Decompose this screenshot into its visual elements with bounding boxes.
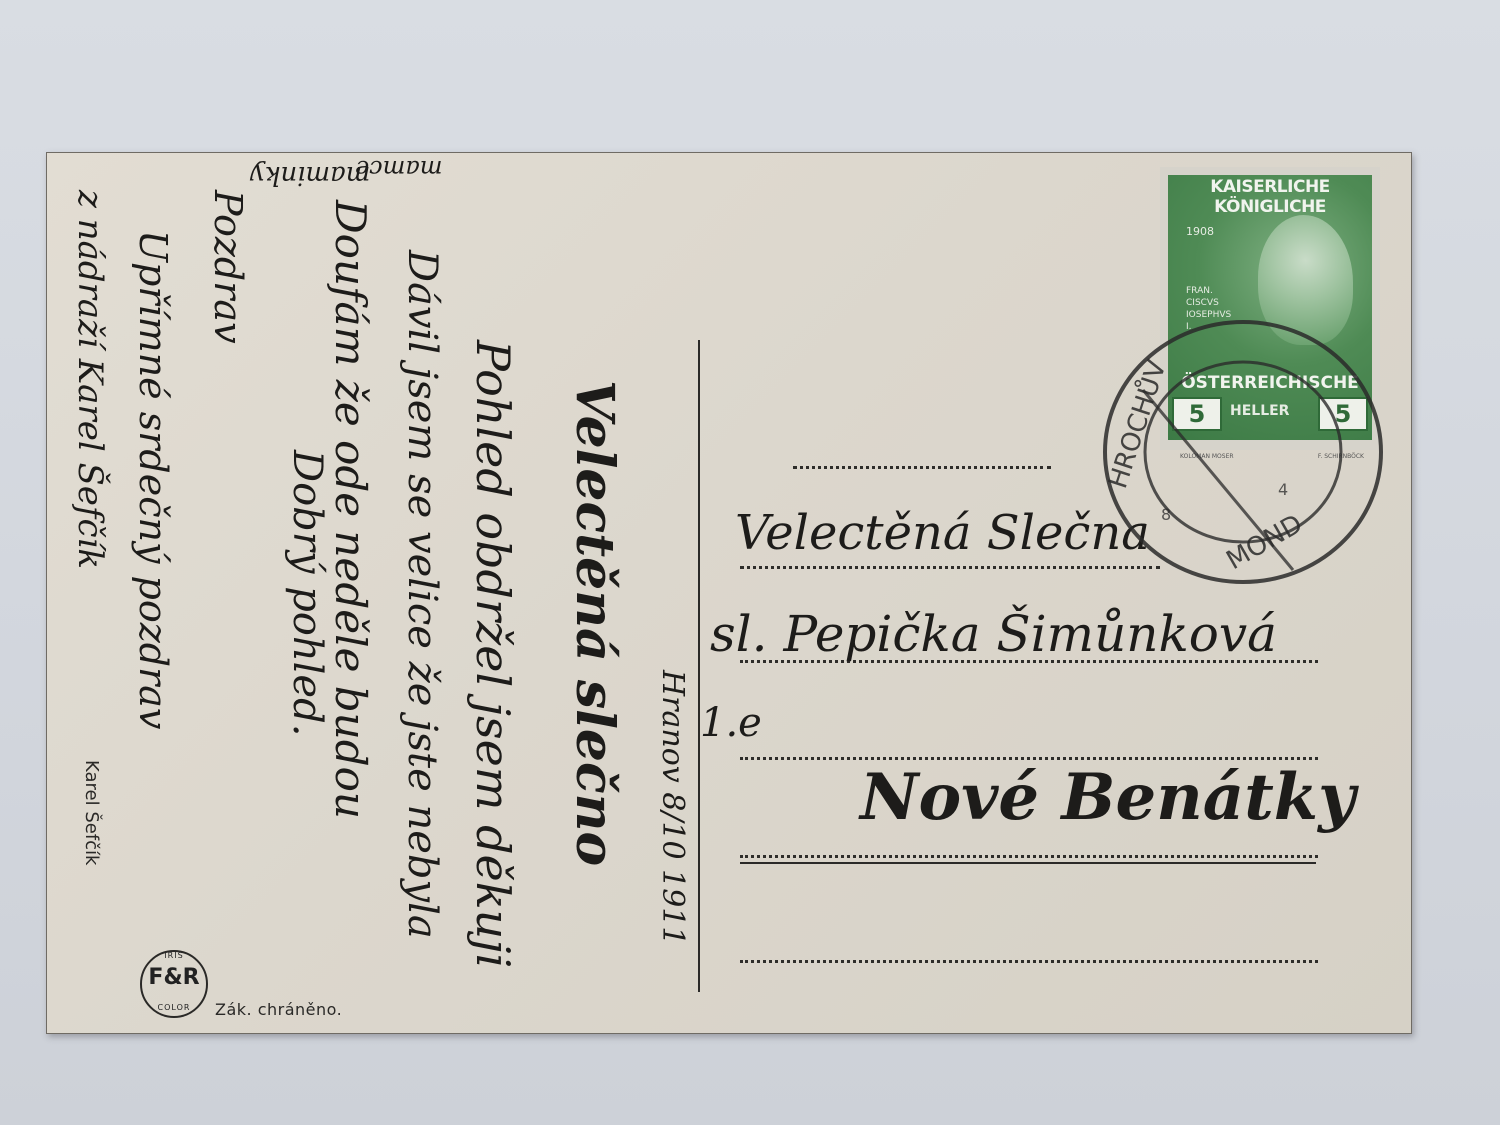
svg-text:8: 8 xyxy=(1161,505,1171,524)
message-line-3: Doufám že ode neděle budou xyxy=(326,200,375,819)
message-line-5: Pozdrav xyxy=(206,190,250,344)
message-line-6: Upřímné srdečný pozdrav xyxy=(131,230,175,729)
address-floor: 1.e xyxy=(700,700,762,746)
message-line-4: Dobrý pohled. xyxy=(284,450,330,736)
stamp-year: 1908 xyxy=(1186,225,1214,238)
address-line-7 xyxy=(740,960,1318,963)
message-inverted-2: mamce xyxy=(355,155,442,183)
message-line-7: z nádraží Karel Šefčík xyxy=(70,190,110,569)
address-line-5 xyxy=(740,855,1318,858)
vertical-credit: Karel Šefčík xyxy=(81,760,102,865)
svg-text:HROCHŮV: HROCHŮV xyxy=(1101,356,1172,492)
message-line-1: Pohled obdržel jsem děkuji xyxy=(466,340,520,968)
address-town: Nové Benátky xyxy=(860,760,1355,835)
address-name: sl. Pepička Šimůnková xyxy=(710,605,1277,663)
message-salutation: Velectěná slečno xyxy=(564,380,625,866)
message-inverted-1: maminky xyxy=(250,160,370,190)
postmark-icon: HROCHŮV MOND 8 4 xyxy=(1083,300,1383,600)
address-line-1 xyxy=(793,466,1051,469)
legal-notice: Zák. chráněno. xyxy=(215,1000,342,1019)
message-line-2: Dávil jsem se velice že jste nebyla xyxy=(399,250,445,939)
address-line-6 xyxy=(740,862,1316,864)
stamp-top-text: KAISERLICHE KÖNIGLICHE xyxy=(1168,177,1372,217)
publisher-logo: IRIS F&R COLOR xyxy=(140,950,208,1018)
svg-text:4: 4 xyxy=(1278,480,1288,499)
center-divider xyxy=(698,340,700,992)
message-place-date: Hranov 8/10 1911 xyxy=(655,670,690,946)
svg-text:MOND: MOND xyxy=(1222,509,1308,576)
